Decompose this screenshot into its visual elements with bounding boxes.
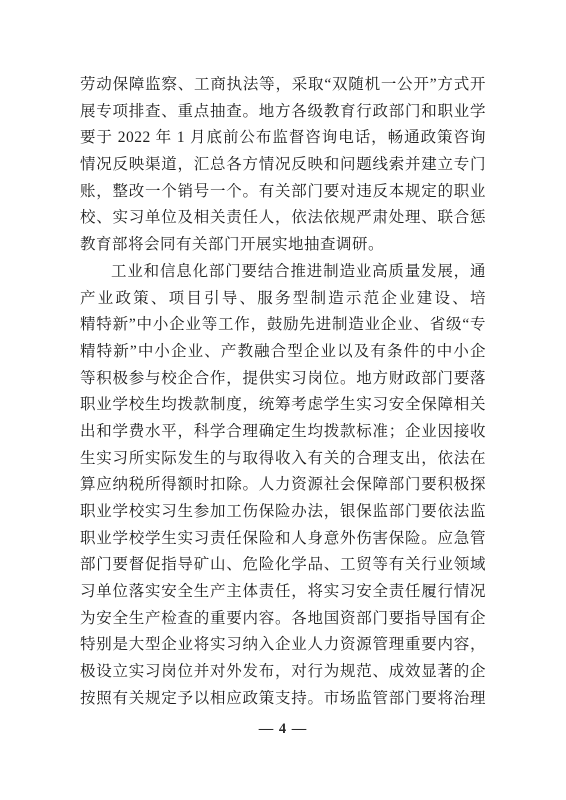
page-number: — 4 — bbox=[259, 721, 308, 737]
page-footer: — 4 — bbox=[0, 720, 566, 738]
text-line-paragraph-end: 教育部将会同有关部门开展实地抽查调研。 bbox=[80, 232, 486, 259]
body-text: 劳动保障监察、工商执法等，采取“双随机一公开”方式开 展专项排查、重点抽查。地方… bbox=[80, 72, 486, 713]
text-line: 出和学费水平，科学合理确定生均拨款标准；企业因接收学 bbox=[80, 419, 486, 446]
text-line: 习单位落实安全生产主体责任，将实习安全责任履行情况作 bbox=[80, 579, 486, 606]
text-line: 算应纳税所得额时扣除。人力资源社会保障部门要积极探索 bbox=[80, 472, 486, 499]
text-line: 为安全生产检查的重要内容。各地国资部门要指导国有企业 bbox=[80, 606, 486, 633]
text-line: 账，整改一个销号一个。有关部门要对违反本规定的职业学 bbox=[80, 179, 486, 206]
text-line: 劳动保障监察、工商执法等，采取“双随机一公开”方式开 bbox=[80, 72, 486, 99]
text-line: 产业政策、项目引导、服务型制造示范企业建设、培育“专 bbox=[80, 286, 486, 313]
document-page: 劳动保障监察、工商执法等，采取“双随机一公开”方式开 展专项排查、重点抽查。地方… bbox=[0, 0, 566, 800]
text-line: 精特新”中小企业等工作，鼓励先进制造业企业、省级“专 bbox=[80, 312, 486, 339]
text-line: 精特新”中小企业、产教融合型企业以及有条件的中小企业 bbox=[80, 339, 486, 366]
text-line: 职业学校学生实习责任保险和人身意外伤害保险。应急管理 bbox=[80, 526, 486, 553]
text-line: 校、实习单位及相关责任人，依法依规严肃处理、联合惩戒。 bbox=[80, 205, 486, 232]
text-line: 职业学校实习生参加工伤保险办法，银保监部门要依法监管 bbox=[80, 499, 486, 526]
text-line: 要于 2022 年 1 月底前公布监督咨询电话，畅通政策咨询与 bbox=[80, 125, 486, 152]
text-line: 生实习所实际发生的与取得收入有关的合理支出，依法在计 bbox=[80, 446, 486, 473]
text-line: 极设立实习岗位并对外发布，对行为规范、成效显著的企业， bbox=[80, 659, 486, 686]
text-line: 部门要督促指导矿山、危险化学品、工贸等有关行业领域实 bbox=[80, 552, 486, 579]
text-line: 特别是大型企业将实习纳入企业人力资源管理重要内容，积 bbox=[80, 632, 486, 659]
text-line: 展专项排查、重点抽查。地方各级教育行政部门和职业学校 bbox=[80, 99, 486, 126]
text-line: 按照有关规定予以相应政策支持。市场监管部门要将治理实 bbox=[80, 686, 486, 713]
text-line: 情况反映渠道，汇总各方情况反映和问题线索并建立专门台 bbox=[80, 152, 486, 179]
text-line: 职业学校生均拨款制度，统筹考虑学生实习安全保障相关支 bbox=[80, 392, 486, 419]
text-line: 等积极参与校企合作，提供实习岗位。地方财政部门要落实 bbox=[80, 366, 486, 393]
text-line-paragraph-start: 工业和信息化部门要结合推进制造业高质量发展，通过 bbox=[80, 259, 486, 286]
